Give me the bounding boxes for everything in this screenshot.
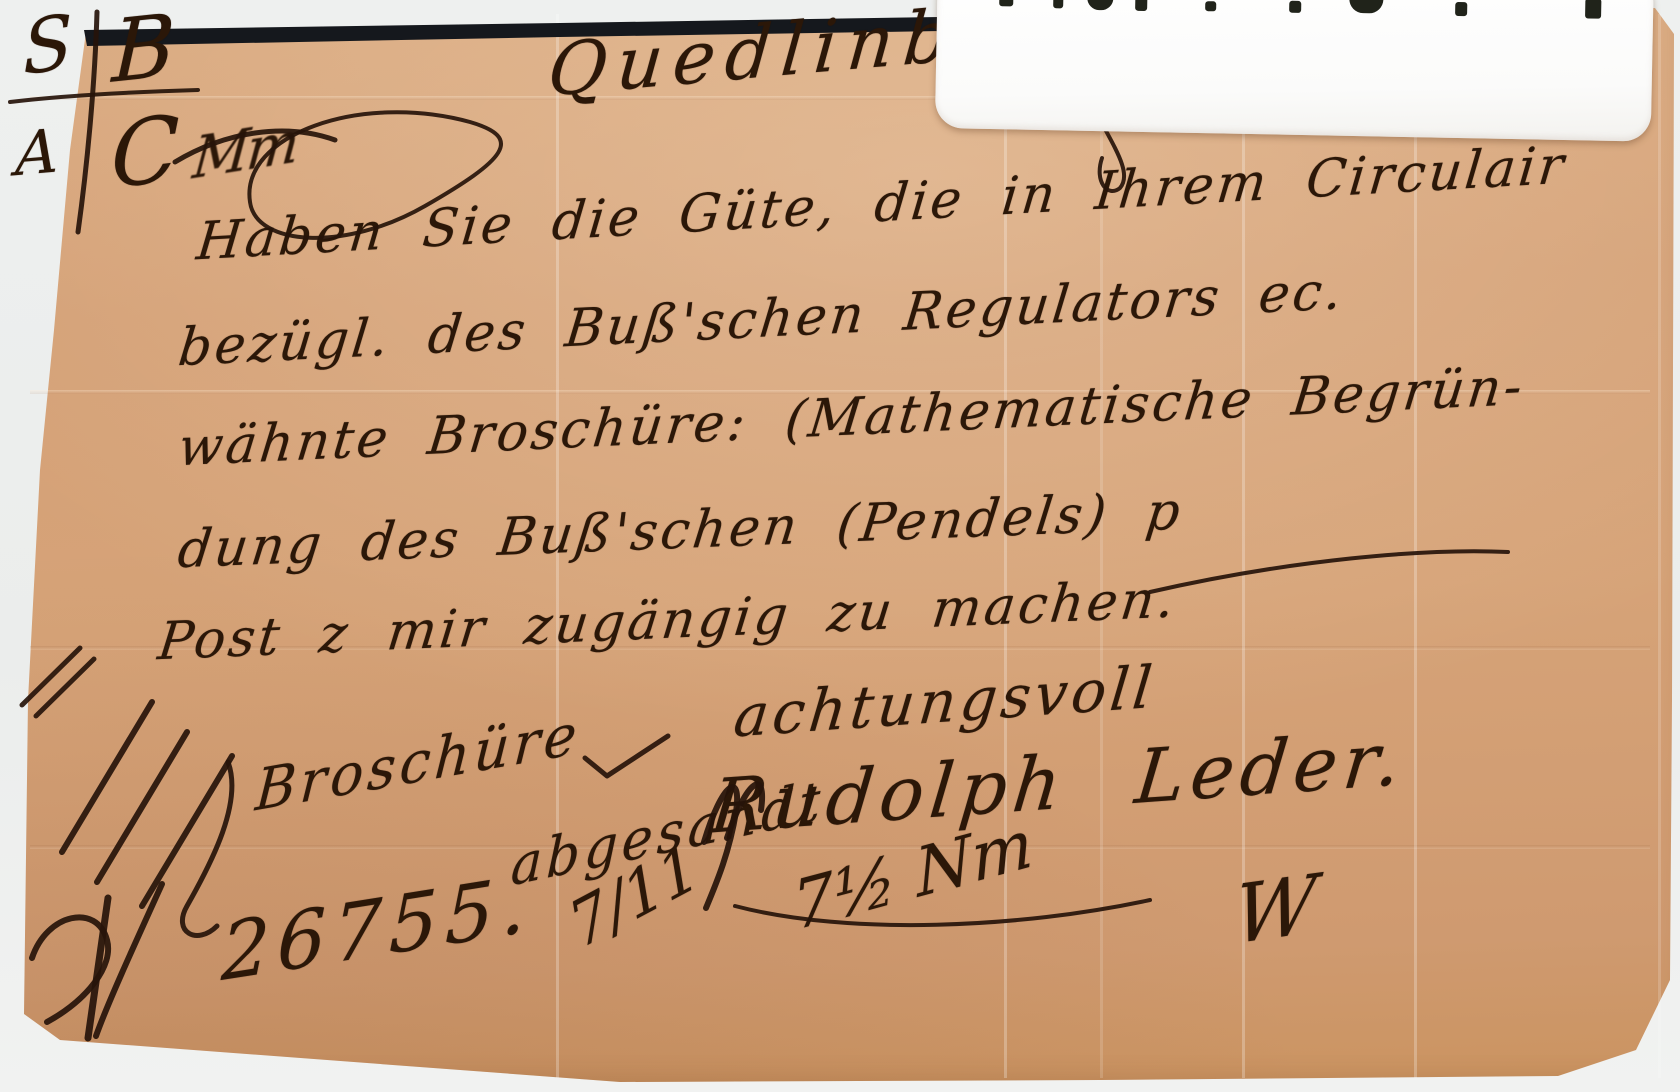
- print-fragment: [1087, 0, 1113, 10]
- registry-mark-s: S: [22, 0, 74, 93]
- print-fragment: [1053, 0, 1063, 8]
- postcard-scan: S B A C Mm Quedlinburg Haben Sie die Güt…: [0, 0, 1680, 1092]
- print-fragment: [1349, 0, 1383, 14]
- print-fragment: [1455, 2, 1467, 16]
- clerk-initial: W: [1231, 857, 1319, 963]
- registry-mark-c: C: [110, 96, 180, 210]
- print-fragment: [1289, 1, 1301, 13]
- print-fragment: [999, 0, 1013, 6]
- registry-mark-a: A: [15, 116, 59, 190]
- label-sticker: [935, 0, 1654, 142]
- print-fragment: [1205, 1, 1216, 11]
- registry-mark-b: B: [110, 0, 176, 103]
- print-fragment: [1135, 0, 1147, 11]
- print-fragment: [1585, 0, 1601, 19]
- scan-streak: [1658, 14, 1661, 1078]
- crease-line: [30, 845, 1650, 849]
